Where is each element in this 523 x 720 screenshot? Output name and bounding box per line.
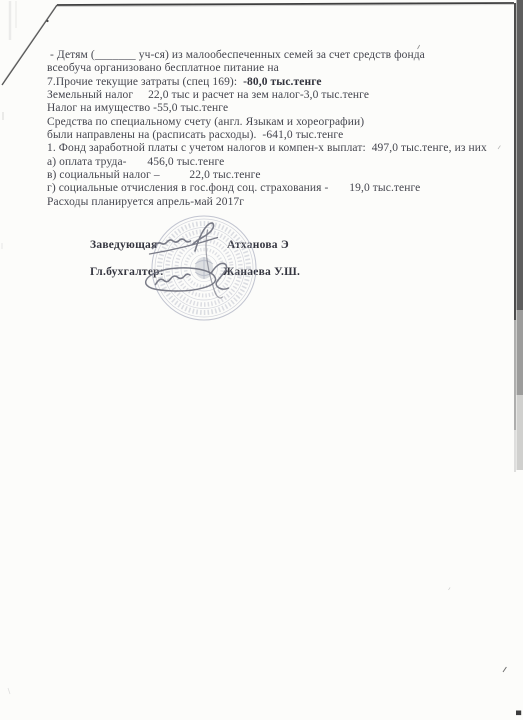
doc-line-text: Средства по специальному счету (англ. Яз…: [47, 116, 364, 128]
document-body: - Детям (_______ уч-ся) из малообеспечен…: [47, 49, 512, 209]
scanned-document-page: - Детям (_______ уч-ся) из малообеспечен…: [0, 0, 523, 720]
doc-line: всеобуча организовано бесплатное питание…: [47, 62, 512, 75]
doc-line-text: были направлены на (расписать расходы). …: [47, 129, 343, 141]
official-round-stamp-icon: [148, 214, 260, 326]
doc-line: Средства по специальному счету (англ. Яз…: [47, 116, 512, 129]
doc-line-text: Земельный налог 22,0 тыс и расчет на зем…: [47, 89, 369, 101]
doc-line: г) социальные отчисления в гос.фонд соц.…: [47, 182, 512, 195]
doc-line: а) оплата труда- 456,0 тыс.тенге: [47, 156, 512, 169]
doc-line-text: а) оплата труда- 456,0 тыс.тенге: [47, 156, 224, 168]
doc-line: в) социальный налог – 22,0 тыс.тенге: [47, 169, 512, 182]
doc-line: Расходы планируется апрель-май 2017г: [47, 196, 512, 209]
doc-line: - Детям (_______ уч-ся) из малообеспечен…: [47, 49, 512, 62]
doc-line-text: в) социальный налог – 22,0 тыс.тенге: [47, 169, 261, 181]
stamp-center-emblem: [195, 257, 213, 279]
doc-line: 1. Фонд заработной платы с учетом налого…: [47, 142, 512, 155]
doc-line: Земельный налог 22,0 тыс и расчет на зем…: [47, 89, 512, 102]
doc-line: 7.Прочие текущие затраты (спец 169): -80…: [47, 76, 512, 89]
page-right-edge-band: [515, 0, 523, 472]
doc-line-bold-amount: -80,0 тыс.тенге: [243, 76, 322, 88]
doc-line-text: 1. Фонд заработной платы с учетом налого…: [47, 142, 487, 154]
doc-line-text: Налог на имущество -55,0 тыс.тенге: [47, 102, 228, 114]
doc-line-text: г) социальные отчисления в гос.фонд соц.…: [47, 182, 420, 194]
doc-line-text: 7.Прочие текущие затраты (спец 169):: [47, 76, 243, 88]
page-top-edge-line: [57, 3, 514, 7]
doc-line-text: - Детям (_______ уч-ся) из малообеспечен…: [47, 49, 425, 61]
doc-line-text: Расходы планируется апрель-май 2017г: [47, 196, 244, 208]
doc-line: Налог на имущество -55,0 тыс.тенге: [47, 102, 512, 115]
doc-line-text: всеобуча организовано бесплатное питание…: [47, 62, 279, 74]
doc-line: были направлены на (расписать расходы). …: [47, 129, 512, 142]
